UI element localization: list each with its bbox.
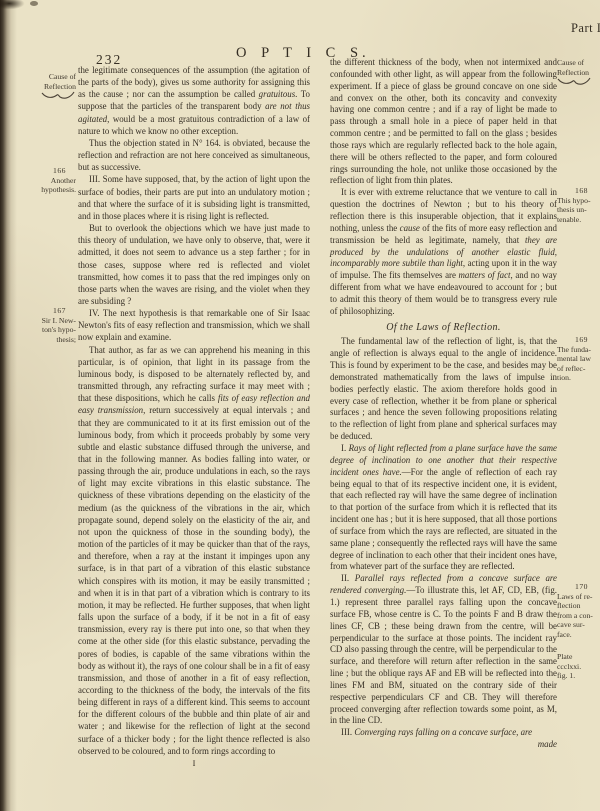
body-paragraph: the different thickness of the body, whe… [330, 57, 557, 187]
margin-note-number: 169 [557, 335, 600, 345]
margin-note-line: This hypo- [557, 196, 600, 206]
margin-note: Cause of Reflection [2, 72, 76, 101]
margin-note-line: Reflection [2, 82, 76, 92]
body-paragraph: That author, as far as we can apprehend … [78, 344, 310, 757]
body-paragraph: III. Some have supposed, that, by the ac… [78, 173, 310, 222]
margin-note-number: 166 [2, 166, 76, 176]
body-paragraph: IV. The next hypothesis is that remarkab… [78, 307, 310, 343]
margin-note-number: 167 [2, 306, 76, 316]
margin-note-line: ton's hypo- [2, 325, 76, 335]
margin-note-line: mental law [557, 354, 600, 364]
margin-note-line: Reflection [557, 68, 600, 78]
margin-note-line: tenable. [557, 215, 600, 225]
scanned-book-page: 232 O P T I C S. Part I. Cause of Reflec… [0, 0, 600, 811]
left-margin: Cause of Reflection 166 Another hypothes… [2, 0, 76, 811]
margin-note-line: flection [557, 601, 600, 611]
signature-mark: I [78, 758, 310, 770]
margin-note-line: Another [2, 176, 76, 186]
margin-note-line: Laws of re- [557, 592, 600, 602]
margin-note-line: Cause of [2, 72, 76, 82]
margin-note-line: thesis un- [557, 205, 600, 215]
text-column-right: the different thickness of the body, whe… [330, 57, 557, 751]
margin-note-number: 168 [557, 186, 600, 196]
body-paragraph: the legitimate consequences of the assum… [78, 64, 310, 137]
margin-brace-icon [41, 91, 75, 99]
margin-note: 167 Sir I. New- ton's hypo- thesis; [2, 306, 76, 344]
body-paragraph: The fundamental law of the reflection of… [330, 336, 557, 443]
margin-note-line: from a con- [557, 611, 600, 621]
body-paragraph: But to overlook the objections which we … [78, 222, 310, 307]
right-margin: Cause of Reflection 168 This hypo- thesi… [557, 0, 600, 811]
margin-brace-icon [557, 77, 591, 85]
margin-note-line: Plate [557, 652, 600, 662]
body-paragraph: II. Parallel rays reflected from a conca… [330, 573, 557, 727]
text-column-left: the legitimate consequences of the assum… [78, 64, 310, 770]
margin-note-line: thesis; [2, 335, 76, 345]
body-paragraph: III. Converging rays falling on a concav… [330, 727, 557, 739]
margin-note-line: fig. 1. [557, 671, 600, 681]
margin-note-line: tion. [557, 373, 600, 383]
margin-note: 166 Another hypothesis. [2, 166, 76, 195]
catchword: made [330, 739, 557, 751]
margin-note-number: 170 [557, 582, 600, 592]
margin-note: 168 This hypo- thesis un- tenable. [557, 186, 600, 224]
margin-note-line: face. [557, 630, 600, 640]
margin-note: Plate ccclxxi. fig. 1. [557, 652, 600, 681]
margin-note: 170 Laws of re- flection from a con- cav… [557, 582, 600, 639]
body-paragraph: It is ever with extreme reluctance that … [330, 187, 557, 317]
margin-note: Cause of Reflection [557, 58, 600, 87]
margin-note-line: hypothesis. [2, 185, 76, 195]
section-heading: Of the Laws of Reflection. [330, 322, 557, 334]
body-paragraph: Thus the objection stated in N° 164. is … [78, 137, 310, 173]
margin-note-line: Cause of [557, 58, 600, 68]
margin-note-line: Sir I. New- [2, 316, 76, 326]
margin-note: 169 The funda- mental law of reflec- tio… [557, 335, 600, 383]
margin-note-line: cave sur- [557, 620, 600, 630]
margin-note-line: The funda- [557, 345, 600, 355]
margin-note-line: of reflec- [557, 364, 600, 374]
margin-note-line: ccclxxi. [557, 662, 600, 672]
body-paragraph: I. Rays of light reflected from a plane … [330, 443, 557, 573]
